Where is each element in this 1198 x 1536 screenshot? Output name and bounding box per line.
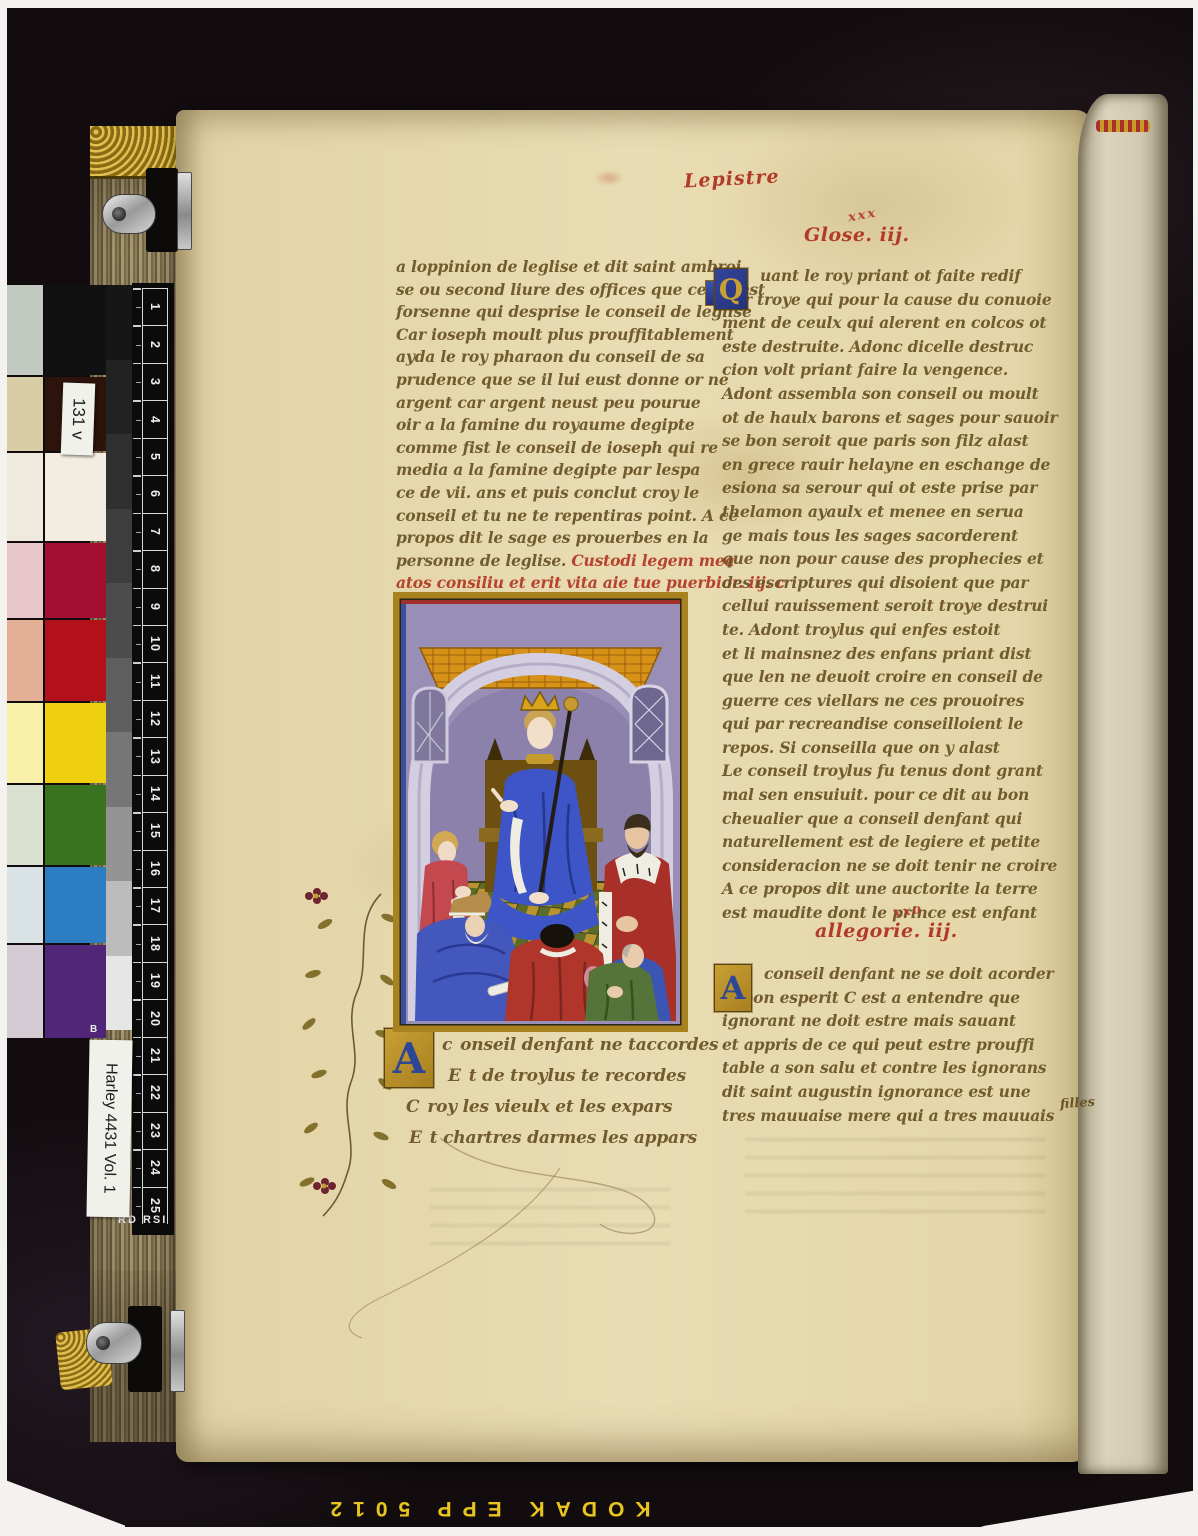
allegorie-heading: allegorie. iij. bbox=[815, 920, 958, 942]
right-text-column-glose: uant le roy priant ot faite rediffier tr… bbox=[722, 264, 1062, 925]
ruler-number: 11 bbox=[148, 674, 162, 689]
window-right bbox=[631, 686, 667, 762]
ruler-cell: 2 bbox=[143, 325, 167, 362]
clasp-bottom bbox=[86, 1322, 142, 1364]
gray-step bbox=[106, 881, 132, 956]
ruler-number: 16 bbox=[148, 861, 162, 877]
text-line: comme fist le conseil de ioseph qui re bbox=[396, 437, 716, 460]
ruler: 1 2 3 4 5 6 7 8 9 10 11 12 bbox=[132, 283, 174, 1235]
gray-step bbox=[106, 807, 132, 882]
headband bbox=[1096, 120, 1150, 132]
ruler-cell: 16 bbox=[143, 850, 167, 887]
ruler-cell: 21 bbox=[143, 1037, 167, 1074]
ruler-cell: 23 bbox=[143, 1112, 167, 1149]
text-line: oir a la famine du royaume degipte bbox=[396, 414, 716, 437]
ruler-cell: 9 bbox=[143, 588, 167, 625]
window-left bbox=[413, 688, 447, 762]
clasp-hole bbox=[112, 207, 126, 221]
gray-step bbox=[106, 732, 132, 807]
text-line: le bon esperit C est a entendre que bbox=[722, 986, 1062, 1010]
text-line: cheualier que a conseil denfant qui bbox=[722, 807, 1062, 831]
ruler-number: 8 bbox=[148, 565, 162, 573]
shelfmark-sticker-text: Harley 4431 Vol. 1 bbox=[99, 1063, 119, 1194]
illuminated-initial-a: A bbox=[714, 964, 752, 1012]
text-line: table a son salu et contre les ignorans bbox=[722, 1056, 1062, 1080]
text-line: repos. Si conseilla que on y alast bbox=[722, 736, 1062, 760]
text-line: ge mais tous les sages sacorderent bbox=[722, 524, 1062, 548]
text-line: dit saint augustin ignorance est une bbox=[722, 1080, 1062, 1104]
ruler-cell: 18 bbox=[143, 924, 167, 961]
line-text: argent car argent neust peu pourue bbox=[396, 393, 701, 412]
ruler-number: 2 bbox=[148, 341, 162, 349]
ruler-number: 5 bbox=[148, 453, 162, 461]
show-through bbox=[745, 1128, 1045, 1228]
gray-step bbox=[106, 285, 132, 360]
line-rubric-text: Custodi legem mea bbox=[571, 551, 734, 570]
miniature-blue-border bbox=[401, 600, 406, 1024]
color-patch-pale bbox=[7, 620, 45, 701]
line-text: prudence que se il lui eust donne or ne bbox=[396, 370, 729, 389]
ruler-number: 13 bbox=[148, 749, 162, 765]
color-patch-pale bbox=[7, 377, 45, 451]
color-chart-row bbox=[7, 867, 106, 943]
ruler-cell: 10 bbox=[143, 625, 167, 662]
text-line: este destruite. Adonc dicelle destruc bbox=[722, 335, 1062, 359]
ruler-cell: 14 bbox=[143, 775, 167, 812]
text-line: conseil denfant ne se doit acorder bbox=[722, 962, 1062, 986]
clasp-plate-top bbox=[177, 172, 192, 250]
ruler-cell: 24 bbox=[143, 1149, 167, 1186]
folio-sticker-text: 131 v bbox=[67, 398, 88, 440]
color-patch-strong bbox=[45, 785, 106, 865]
text-line: thelamon ayaulx et menee en serua bbox=[722, 500, 1062, 524]
ruler-cell: 12 bbox=[143, 700, 167, 737]
gray-step bbox=[106, 658, 132, 733]
ruler-number: 24 bbox=[148, 1160, 162, 1176]
color-chart-row bbox=[7, 703, 106, 783]
text-line: qui par recreandise conseilloient le bbox=[722, 712, 1062, 736]
color-patch-pale bbox=[7, 543, 45, 618]
text-line: et li mainsnez des enfans priant dist bbox=[722, 642, 1062, 666]
line-text: comme fist le conseil de ioseph qui re bbox=[396, 438, 718, 457]
text-line: fier troye qui pour la cause du conuoie bbox=[722, 288, 1062, 312]
shelfmark-sticker: Harley 4431 Vol. 1 bbox=[86, 1040, 132, 1218]
ruler-cell: 6 bbox=[143, 475, 167, 512]
text-line: cellui rauissement seroit troye destrui bbox=[722, 594, 1062, 618]
ruler-number: 3 bbox=[148, 378, 162, 386]
text-line: ce de vii. ans et puis conclut croy le bbox=[396, 482, 716, 505]
color-chart-row bbox=[7, 785, 106, 865]
line-text: personne de leglise. bbox=[396, 551, 571, 570]
sprig-flower-top bbox=[305, 888, 328, 904]
ruler-number: 10 bbox=[148, 636, 162, 652]
ruler-cell: 17 bbox=[143, 887, 167, 924]
text-line: mal sen ensuiuit. pour ce dit au bon bbox=[722, 783, 1062, 807]
ruler-number: 20 bbox=[148, 1011, 162, 1027]
color-patch-strong bbox=[45, 543, 106, 618]
miniature-priam-council bbox=[393, 592, 688, 1032]
text-line: cion volt priant faire la vengence. bbox=[722, 358, 1062, 382]
left-text-column: a loppinion de leglise et dit saint ambr… bbox=[396, 256, 716, 595]
ruler-number: 14 bbox=[148, 786, 162, 802]
ruler-number: 6 bbox=[148, 490, 162, 498]
color-patch-pale bbox=[7, 453, 45, 541]
color-patch-pale bbox=[7, 285, 45, 375]
ruler-cell: 20 bbox=[143, 999, 167, 1036]
text-line: argent car argent neust peu pourue bbox=[396, 392, 716, 415]
line-text: a loppinion de leglise et dit saint ambr… bbox=[396, 257, 741, 276]
ruler-number: 21 bbox=[148, 1048, 162, 1064]
color-patch-pale bbox=[7, 703, 45, 783]
illuminated-initial-verse: A bbox=[384, 1028, 434, 1088]
text-line: propos dit le sage es prouerbes en la bbox=[396, 527, 716, 550]
ruler-number: 15 bbox=[148, 823, 162, 839]
ruler-cell: 4 bbox=[143, 400, 167, 437]
gray-step bbox=[106, 509, 132, 584]
text-line: et appris de ce qui peut estre prouffi bbox=[722, 1033, 1062, 1057]
text-line: Adont assembla son conseil ou moult bbox=[722, 382, 1062, 406]
text-line: ot de haulx barons et sages pour sauoir bbox=[722, 406, 1062, 430]
ruler-number: 9 bbox=[148, 603, 162, 611]
ruler-cell: 15 bbox=[143, 812, 167, 849]
ruler-number: 23 bbox=[148, 1123, 162, 1139]
gray-step bbox=[106, 434, 132, 509]
color-chart-row bbox=[7, 453, 106, 541]
color-patch-pale bbox=[7, 867, 45, 943]
text-line: se bon seroit que paris son filz alast bbox=[722, 429, 1062, 453]
flourish-tail bbox=[349, 1168, 560, 1338]
illuminated-initial-q: Q bbox=[714, 268, 748, 310]
clasp-plate-bottom bbox=[170, 1310, 185, 1392]
color-patch-strong bbox=[45, 867, 106, 943]
color-patch-pale bbox=[7, 785, 45, 865]
gray-step bbox=[106, 583, 132, 658]
ruler-cell: 19 bbox=[143, 962, 167, 999]
text-line: tres mauuaise mere qui a tres mauuais bbox=[722, 1104, 1062, 1128]
miniature-red-border bbox=[401, 600, 680, 604]
line-text: forsenne qui desprise le conseil de legl… bbox=[396, 302, 752, 321]
text-line: que len ne deuoit croire en conseil de bbox=[722, 665, 1062, 689]
marginal-note: filles bbox=[1060, 1095, 1096, 1112]
line-text: conseil et tu ne te repentiras point. A … bbox=[396, 506, 738, 525]
ruler-number: 18 bbox=[148, 936, 162, 952]
text-line: guerre ces viellars ne ces prouoires bbox=[722, 689, 1062, 713]
text-line: se ou second liure des offices que cellu… bbox=[396, 279, 716, 302]
color-chart-row bbox=[7, 620, 106, 701]
ruler-cell: 7 bbox=[143, 513, 167, 550]
color-chart-row bbox=[7, 543, 106, 618]
ruler-cell: 8 bbox=[143, 550, 167, 587]
line-text: ayda le roy pharaon du conseil de sa bbox=[396, 347, 705, 366]
text-line: personne de leglise. Custodi legem mea bbox=[396, 550, 716, 573]
ruler-number: 17 bbox=[148, 898, 162, 914]
text-line: a loppinion de leglise et dit saint ambr… bbox=[396, 256, 716, 279]
text-line: naturellement est de legiere et petite bbox=[722, 830, 1062, 854]
line-text: propos dit le sage es prouerbes en la bbox=[396, 528, 708, 547]
ruler-number: 1 bbox=[148, 303, 162, 311]
manuscript-photo: 1 2 3 4 5 6 7 8 9 10 11 12 bbox=[0, 0, 1198, 1536]
ruler-number: 4 bbox=[148, 416, 162, 424]
line-text: Car ioseph moult plus prouffitablement bbox=[396, 325, 734, 344]
clasp-hole bbox=[96, 1336, 110, 1350]
ruler-cell: 3 bbox=[143, 363, 167, 400]
pen-flourishes bbox=[320, 1128, 710, 1368]
text-line: Le conseil troylus fu tenus dont grant bbox=[722, 759, 1062, 783]
text-line: des escriptures qui disoient que par bbox=[722, 571, 1062, 595]
text-line: A ce propos dit une auctorite la terre bbox=[722, 877, 1062, 901]
ruler-number: 7 bbox=[148, 528, 162, 536]
gray-step bbox=[106, 360, 132, 435]
ruler-cell: 5 bbox=[143, 438, 167, 475]
color-patch-pale bbox=[7, 945, 45, 1038]
grayscale-wedge bbox=[106, 285, 132, 1030]
ruler-number: 22 bbox=[148, 1085, 162, 1101]
ruler-rail-letter: B bbox=[90, 1024, 97, 1035]
right-text-column-allegorie: conseil denfant ne se doit acorderle bon… bbox=[722, 962, 1062, 1127]
ruler-cell: 13 bbox=[143, 737, 167, 774]
line-text: media a la famine degipte par lespa bbox=[396, 460, 700, 479]
text-line: prudence que se il lui eust donne or ne bbox=[396, 369, 716, 392]
text-line: ayda le roy pharaon du conseil de sa bbox=[396, 346, 716, 369]
text-line: te. Adont troylus qui enfes estoit bbox=[722, 618, 1062, 642]
verse-line: Croy les vieulx et les expars bbox=[384, 1092, 714, 1123]
color-patch-strong bbox=[45, 285, 106, 375]
ruler-rail: 1 2 3 4 5 6 7 8 9 10 11 12 bbox=[142, 288, 168, 1224]
color-chart-row bbox=[7, 285, 106, 375]
text-line: ment de ceulx qui alerent en colcos ot bbox=[722, 311, 1062, 335]
text-line: conseil et tu ne te repentiras point. A … bbox=[396, 505, 716, 528]
clasp-top bbox=[102, 194, 156, 234]
color-patch-strong bbox=[45, 453, 106, 541]
color-patch-strong bbox=[45, 703, 106, 783]
ruler-cell: 1 bbox=[143, 288, 167, 325]
text-line: uant le roy priant ot faite redif bbox=[722, 264, 1062, 288]
ruler-number: 12 bbox=[148, 711, 162, 727]
text-line: en grece rauir helayne en eschange de bbox=[722, 453, 1062, 477]
glose-heading: Glose. iij. bbox=[804, 224, 910, 246]
text-line: que non pour cause des prophecies et bbox=[722, 547, 1062, 571]
ruler-number: 19 bbox=[148, 973, 162, 989]
text-line: Car ioseph moult plus prouffitablement bbox=[396, 324, 716, 347]
color-patch-strong bbox=[45, 620, 106, 701]
film-edge-label: KODAK EPP 5012 bbox=[290, 1496, 680, 1520]
line-text: ce de vii. ans et puis conclut croy le bbox=[396, 483, 699, 502]
facing-page-curl bbox=[1078, 94, 1168, 1474]
text-line: ignorant ne doit estre mais sauant bbox=[722, 1009, 1062, 1033]
ruler-cell: 22 bbox=[143, 1074, 167, 1111]
text-line: esiona sa serour qui ot este prise par bbox=[722, 476, 1062, 500]
ruler-number: 25 bbox=[148, 1198, 162, 1214]
text-line: consideracion ne se doit tenir ne croire bbox=[722, 854, 1062, 878]
line-text: oir a la famine du royaume degipte bbox=[396, 415, 695, 434]
text-line: media a la famine degipte par lespa bbox=[396, 459, 716, 482]
ruler-cell: 11 bbox=[143, 662, 167, 699]
ink-smudge bbox=[594, 170, 624, 186]
text-line: forsenne qui desprise le conseil de legl… bbox=[396, 301, 716, 324]
gray-step bbox=[106, 956, 132, 1031]
folio-sticker: 131 v bbox=[61, 382, 95, 455]
